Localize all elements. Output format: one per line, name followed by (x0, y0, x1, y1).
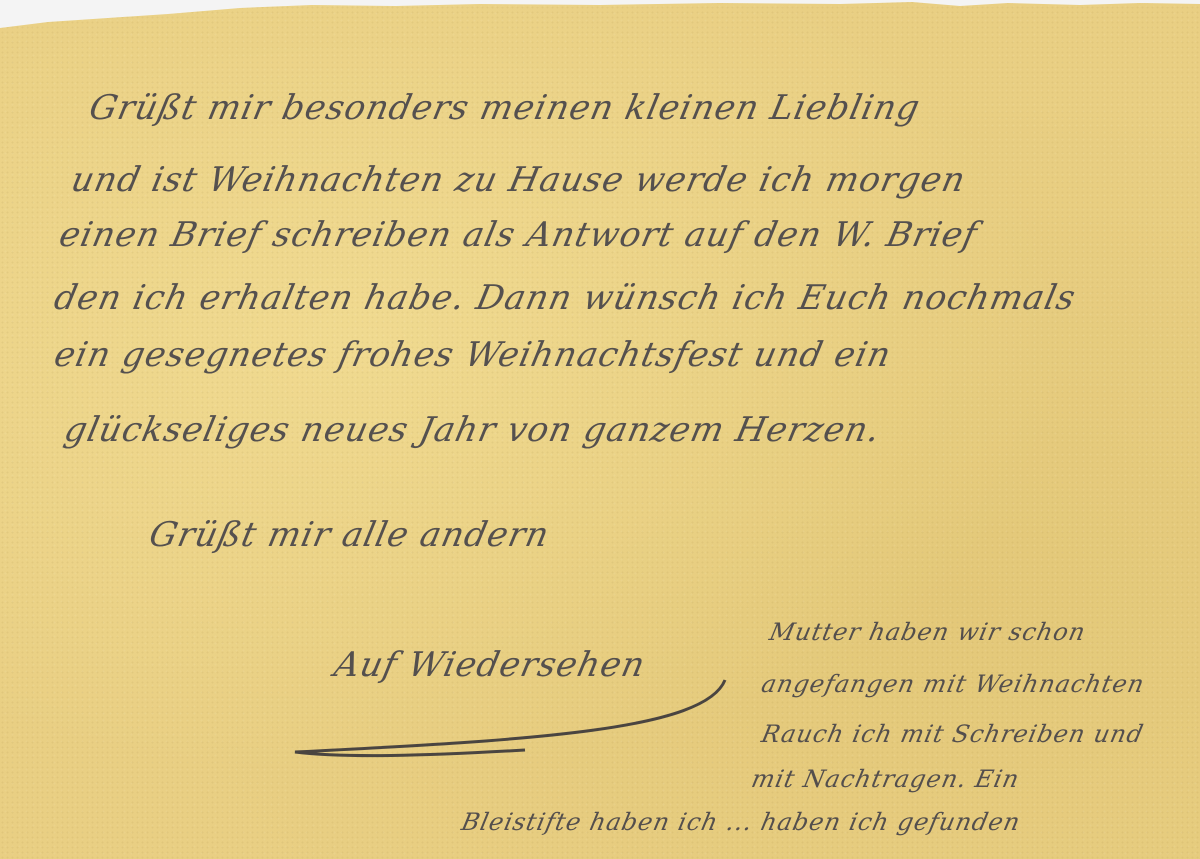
letter-line-2: und ist Weihnachten zu Hause werde ich m… (68, 160, 970, 200)
side-note-line-1: Mutter haben wir schon (767, 618, 1088, 646)
letter-line-greeting: Grüßt mir alle andern (146, 515, 553, 555)
footer-note-line: Bleistifte haben ich ... haben ich gefun… (459, 808, 1023, 836)
letter-line-4: den ich erhalten habe. Dann wünsch ich E… (51, 278, 1080, 318)
letter-line-5: ein gesegnetes frohes Weihnachtsfest und… (51, 335, 895, 375)
side-note-line-4: mit Nachtragen. Ein (749, 765, 1022, 793)
letter-line-6: glückseliges neues Jahr von ganzem Herze… (61, 410, 884, 450)
signature-underline-swoosh (285, 660, 735, 770)
letter-line-3: einen Brief schreiben als Antwort auf de… (56, 215, 981, 255)
side-note-line-3: Rauch ich mit Schreiben und (759, 720, 1146, 748)
side-note-line-2: angefangen mit Weihnachten (759, 670, 1147, 698)
letter-line-1: Grüßt mir besonders meinen kleinen Liebl… (86, 88, 924, 128)
